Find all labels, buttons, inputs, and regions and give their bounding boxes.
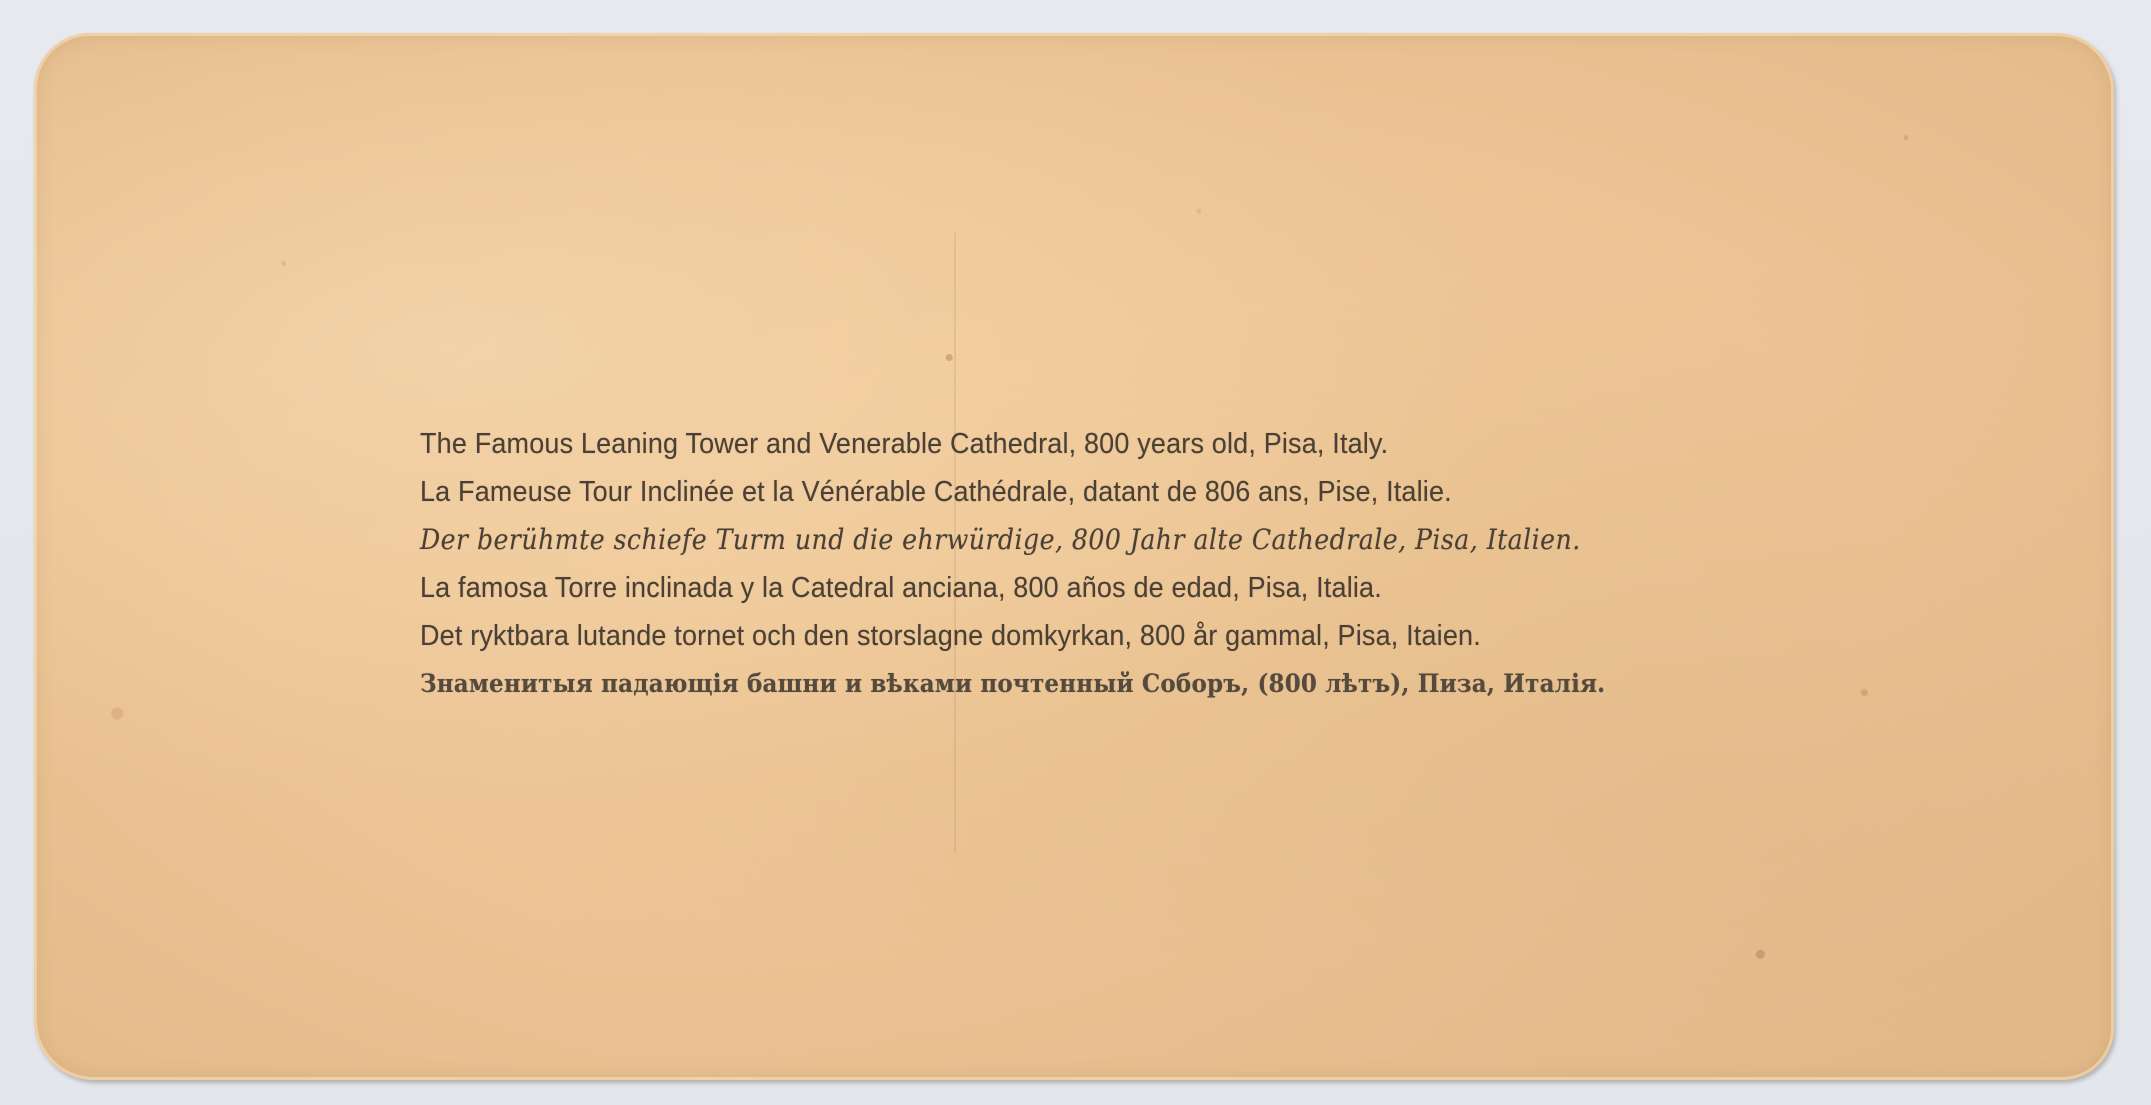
multilingual-caption: The Famous Leaning Tower and Venerable C… xyxy=(420,420,1820,708)
caption-french: La Fameuse Tour Inclinée et la Vénérable… xyxy=(420,468,1722,516)
caption-russian: Знаменитыя падающія башни и вѣками почте… xyxy=(420,660,1708,708)
caption-english: The Famous Leaning Tower and Venerable C… xyxy=(420,420,1722,468)
stereoview-card: The Famous Leaning Tower and Venerable C… xyxy=(34,33,2114,1080)
caption-german: Der berühmte schiefe Turm und die ehrwür… xyxy=(420,516,1680,564)
caption-swedish: Det ryktbara lutande tornet och den stor… xyxy=(420,612,1722,660)
caption-spanish: La famosa Torre inclinada y la Catedral … xyxy=(420,564,1722,612)
